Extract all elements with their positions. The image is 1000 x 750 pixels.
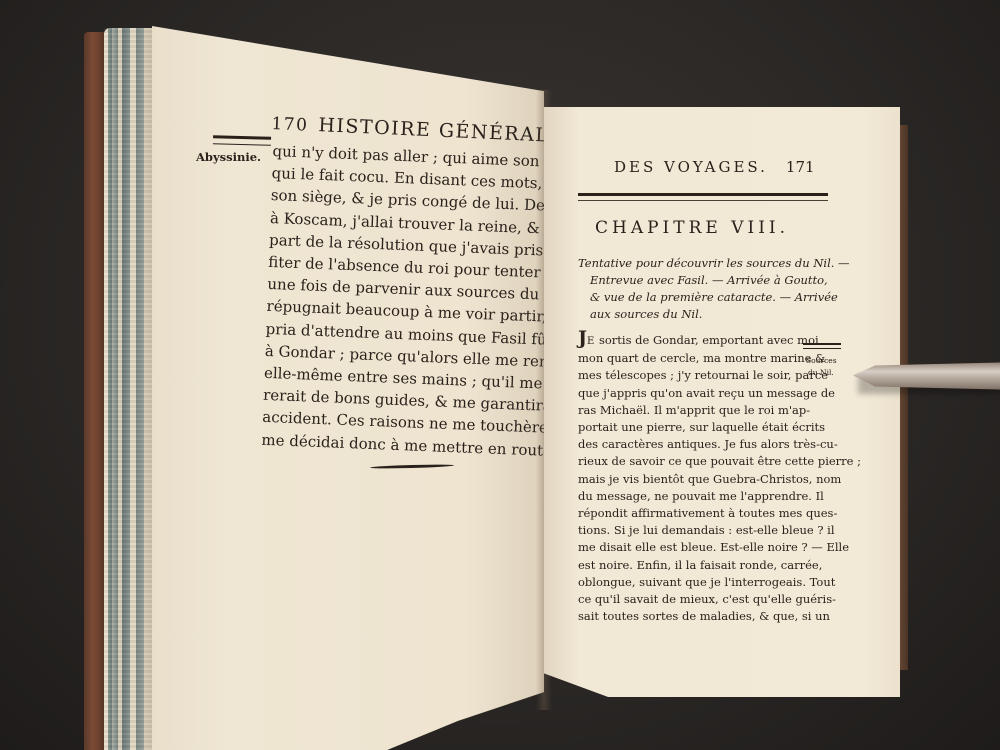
text-line: du message, ne pouvait me l'apprendre. I… <box>578 488 828 505</box>
right-running-head: DES VOYAGES.171 <box>614 158 815 176</box>
text-line: mais je vis bientôt que Guebra-Christos,… <box>578 471 828 488</box>
text-line: répondit affirmativement à toutes mes qu… <box>578 505 828 522</box>
chapter-title: CHAPITRE VIII. <box>595 218 789 238</box>
text-line: sait toutes sortes de maladies, & que, s… <box>578 608 828 625</box>
left-page-number: 170 <box>271 114 309 136</box>
first-line-text: sortis de Gondar, emportant avec moi <box>595 333 818 347</box>
marginal-note-line: Sources <box>806 355 837 367</box>
right-margin-rule <box>803 343 841 349</box>
chapter-summary: Tentative pour découvrir les sources du … <box>578 255 828 323</box>
text-line: mon quart de cercle, ma montre marine & <box>578 350 828 367</box>
right-body-text: JE sortis de Gondar, emportant avec moi … <box>578 330 828 625</box>
summary-line: & vue de la première cataracte. — Arrivé… <box>578 289 828 306</box>
text-line: est noire. Enfin, il la faisait ronde, c… <box>578 557 828 574</box>
text-line: tions. Si je lui demandais : est-elle bl… <box>578 522 828 539</box>
text-line: ce qu'il savait de mieux, c'est qu'elle … <box>578 591 828 608</box>
left-body-text: qui n'y doit pas aller ; qui aime son ma… <box>261 140 543 461</box>
text-line: oblongue, suivant que je l'interrogeais.… <box>578 574 828 591</box>
text-line: me disait elle est bleue. Est-elle noire… <box>578 539 828 556</box>
left-margin-rule <box>213 135 271 146</box>
book-photo: 170HISTOIRE GÉNÉRALE Abyssinie. qui n'y … <box>0 0 1000 750</box>
text-line: que j'appris qu'on avait reçu un message… <box>578 385 828 402</box>
right-page-number: 171 <box>786 158 815 176</box>
right-marginal-note: Sources du Nil. <box>806 355 837 379</box>
right-running-head-title: DES VOYAGES. <box>614 158 768 176</box>
text-line: ras Michaël. Il m'apprit que le roi m'ap… <box>578 402 828 419</box>
left-marginal-note: Abyssinie. <box>196 150 261 164</box>
text-line: portait une pierre, sur laquelle était é… <box>578 419 828 436</box>
summary-line: Tentative pour découvrir les sources du … <box>578 255 828 272</box>
summary-line: aux sources du Nil. <box>578 306 828 323</box>
summary-line: Entrevue avec Fasil. — Arrivée à Goutto, <box>578 272 828 289</box>
leather-cover-left <box>84 32 106 750</box>
chapter-rule <box>578 193 828 201</box>
text-line: mes télescopes ; j'y retournai le soir, … <box>578 367 828 384</box>
speckled-page-edges <box>104 28 158 750</box>
text-line: des caractères antiques. Je fus alors tr… <box>578 436 828 453</box>
marginal-note-line: du Nil. <box>800 367 837 379</box>
first-line: JE sortis de Gondar, emportant avec moi <box>578 330 828 350</box>
text-line: rieux de savoir ce que pouvait être cett… <box>578 453 828 470</box>
drop-cap: J <box>578 327 587 349</box>
